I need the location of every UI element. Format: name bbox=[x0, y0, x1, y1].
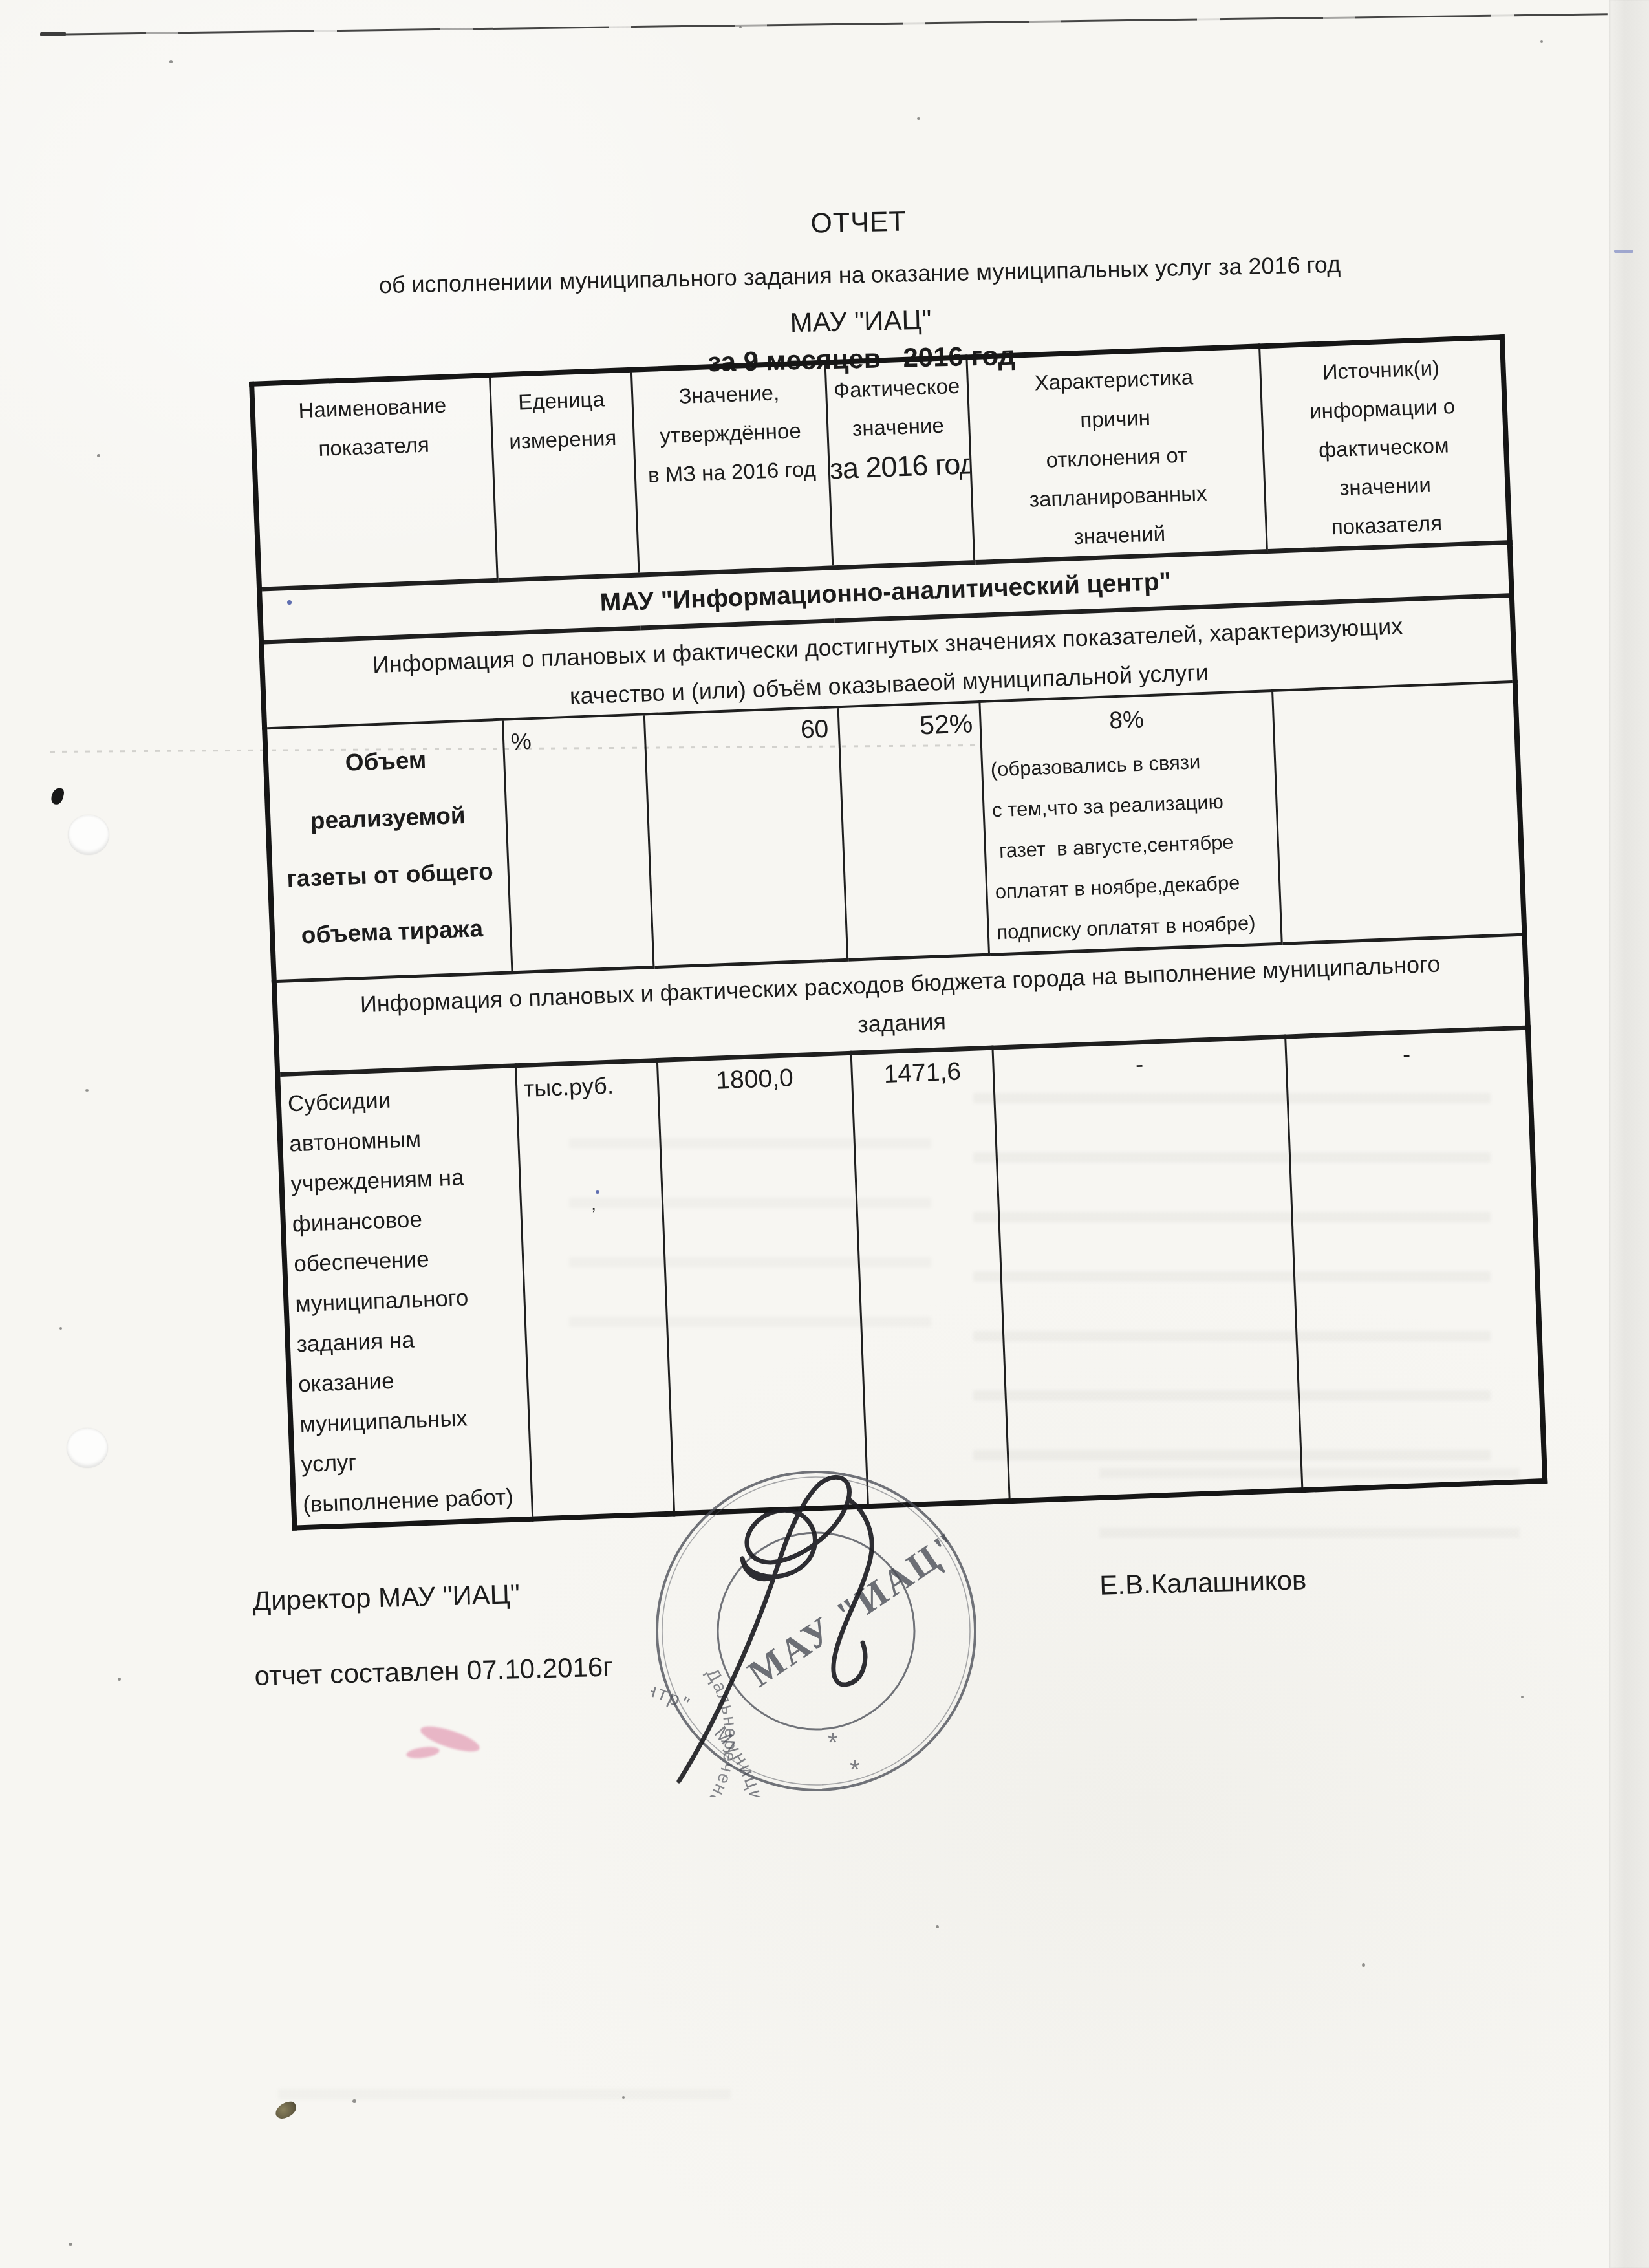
header-approved-value: Значение,утверждённоев МЗ на 2016 год bbox=[631, 363, 833, 576]
scan-edge-line bbox=[43, 13, 1608, 36]
signature bbox=[679, 1477, 872, 1781]
scanner-edge-band bbox=[1609, 0, 1649, 2268]
cell-unit: % bbox=[502, 714, 654, 972]
cell-source-dash: - bbox=[1285, 1028, 1545, 1490]
report-title: ОТЧЕТ bbox=[192, 193, 1525, 254]
director-name: Е.В.Калашников bbox=[1099, 1564, 1307, 1601]
cell-actual-value: 52% bbox=[838, 702, 989, 960]
header-info-source: Источник(и)информации офактическомзначен… bbox=[1259, 337, 1510, 551]
stamp-svg: Муниципальное автономное учреждение "Инф… bbox=[651, 1465, 982, 1797]
ink-blob bbox=[50, 786, 65, 805]
pink-smudge bbox=[405, 1745, 440, 1760]
bleedthrough-text-area bbox=[278, 2089, 731, 2147]
pen-mark-right-edge bbox=[1614, 250, 1633, 253]
cell-actual-value: 1471,6 bbox=[851, 1048, 1009, 1506]
paper-sheet: ’ ОТЧЕТ об исполнениии муниципального за… bbox=[0, 0, 1649, 2268]
header-actual-value: Фактическоезначение за 2016 год bbox=[825, 357, 975, 567]
director-label: Директор МАУ "ИАЦ" bbox=[252, 1579, 520, 1617]
header-indicator-name: Наименованиепоказателя bbox=[252, 375, 497, 589]
cell-unit: тыс.руб. bbox=[515, 1061, 674, 1519]
cell-source-empty bbox=[1272, 682, 1524, 944]
data-row-volume: Объемреализуемойгазеты от общегообъема т… bbox=[264, 682, 1524, 982]
cell-deviation: 8% (образовались в связис тем,что за реа… bbox=[979, 691, 1281, 955]
stamp-star-icon: * bbox=[850, 1756, 860, 1784]
cell-approved-value: 60 bbox=[644, 707, 847, 967]
report-table-wrap: Наименованиепоказателя Еденицаизмерения … bbox=[249, 334, 1547, 1531]
header-deviation-reasons: Характеристикапричинотклонения отзаплани… bbox=[966, 346, 1267, 562]
header-actual-value-lines: Фактическоезначение bbox=[826, 366, 969, 449]
deviation-percent: 8% bbox=[980, 700, 1272, 740]
report-table: Наименованиепоказателя Еденицаизмерения … bbox=[249, 334, 1547, 1531]
report-subtitle: об исполнениии муниципального задания на… bbox=[193, 247, 1525, 303]
punch-hole-bottom bbox=[67, 1428, 108, 1468]
cell-approved-value: 1800,0 bbox=[657, 1053, 868, 1513]
stamp-outer-ring-text: Муниципальное автономное учреждение "Инф… bbox=[651, 1674, 772, 1797]
deviation-explanation: (образовались в связис тем,что за реализ… bbox=[982, 739, 1281, 953]
scanned-report-page: { "document": { "title": "ОТЧЕТ", "subti… bbox=[0, 0, 1649, 2268]
cell-deviation-dash: - bbox=[992, 1037, 1302, 1501]
punch-hole-top bbox=[68, 815, 109, 855]
stamp-star-icon: * bbox=[828, 1729, 838, 1757]
cell-indicator-name: Субсидииавтономнымучреждениям нафинансов… bbox=[277, 1066, 532, 1528]
header-actual-value-year: за 2016 год bbox=[829, 448, 970, 485]
cell-indicator-name: Объемреализуемойгазеты от общегообъема т… bbox=[264, 720, 512, 982]
document-header: ОТЧЕТ об исполнениии муниципального зада… bbox=[188, 0, 1520, 15]
official-stamp: Муниципальное автономное учреждение "Инф… bbox=[651, 1465, 982, 1797]
header-unit: Еденицаизмерения bbox=[490, 370, 639, 580]
data-row-subsidy: Субсидииавтономнымучреждениям нафинансов… bbox=[277, 1028, 1545, 1528]
report-date-line: отчет составлен 07.10.2016г bbox=[254, 1651, 613, 1691]
